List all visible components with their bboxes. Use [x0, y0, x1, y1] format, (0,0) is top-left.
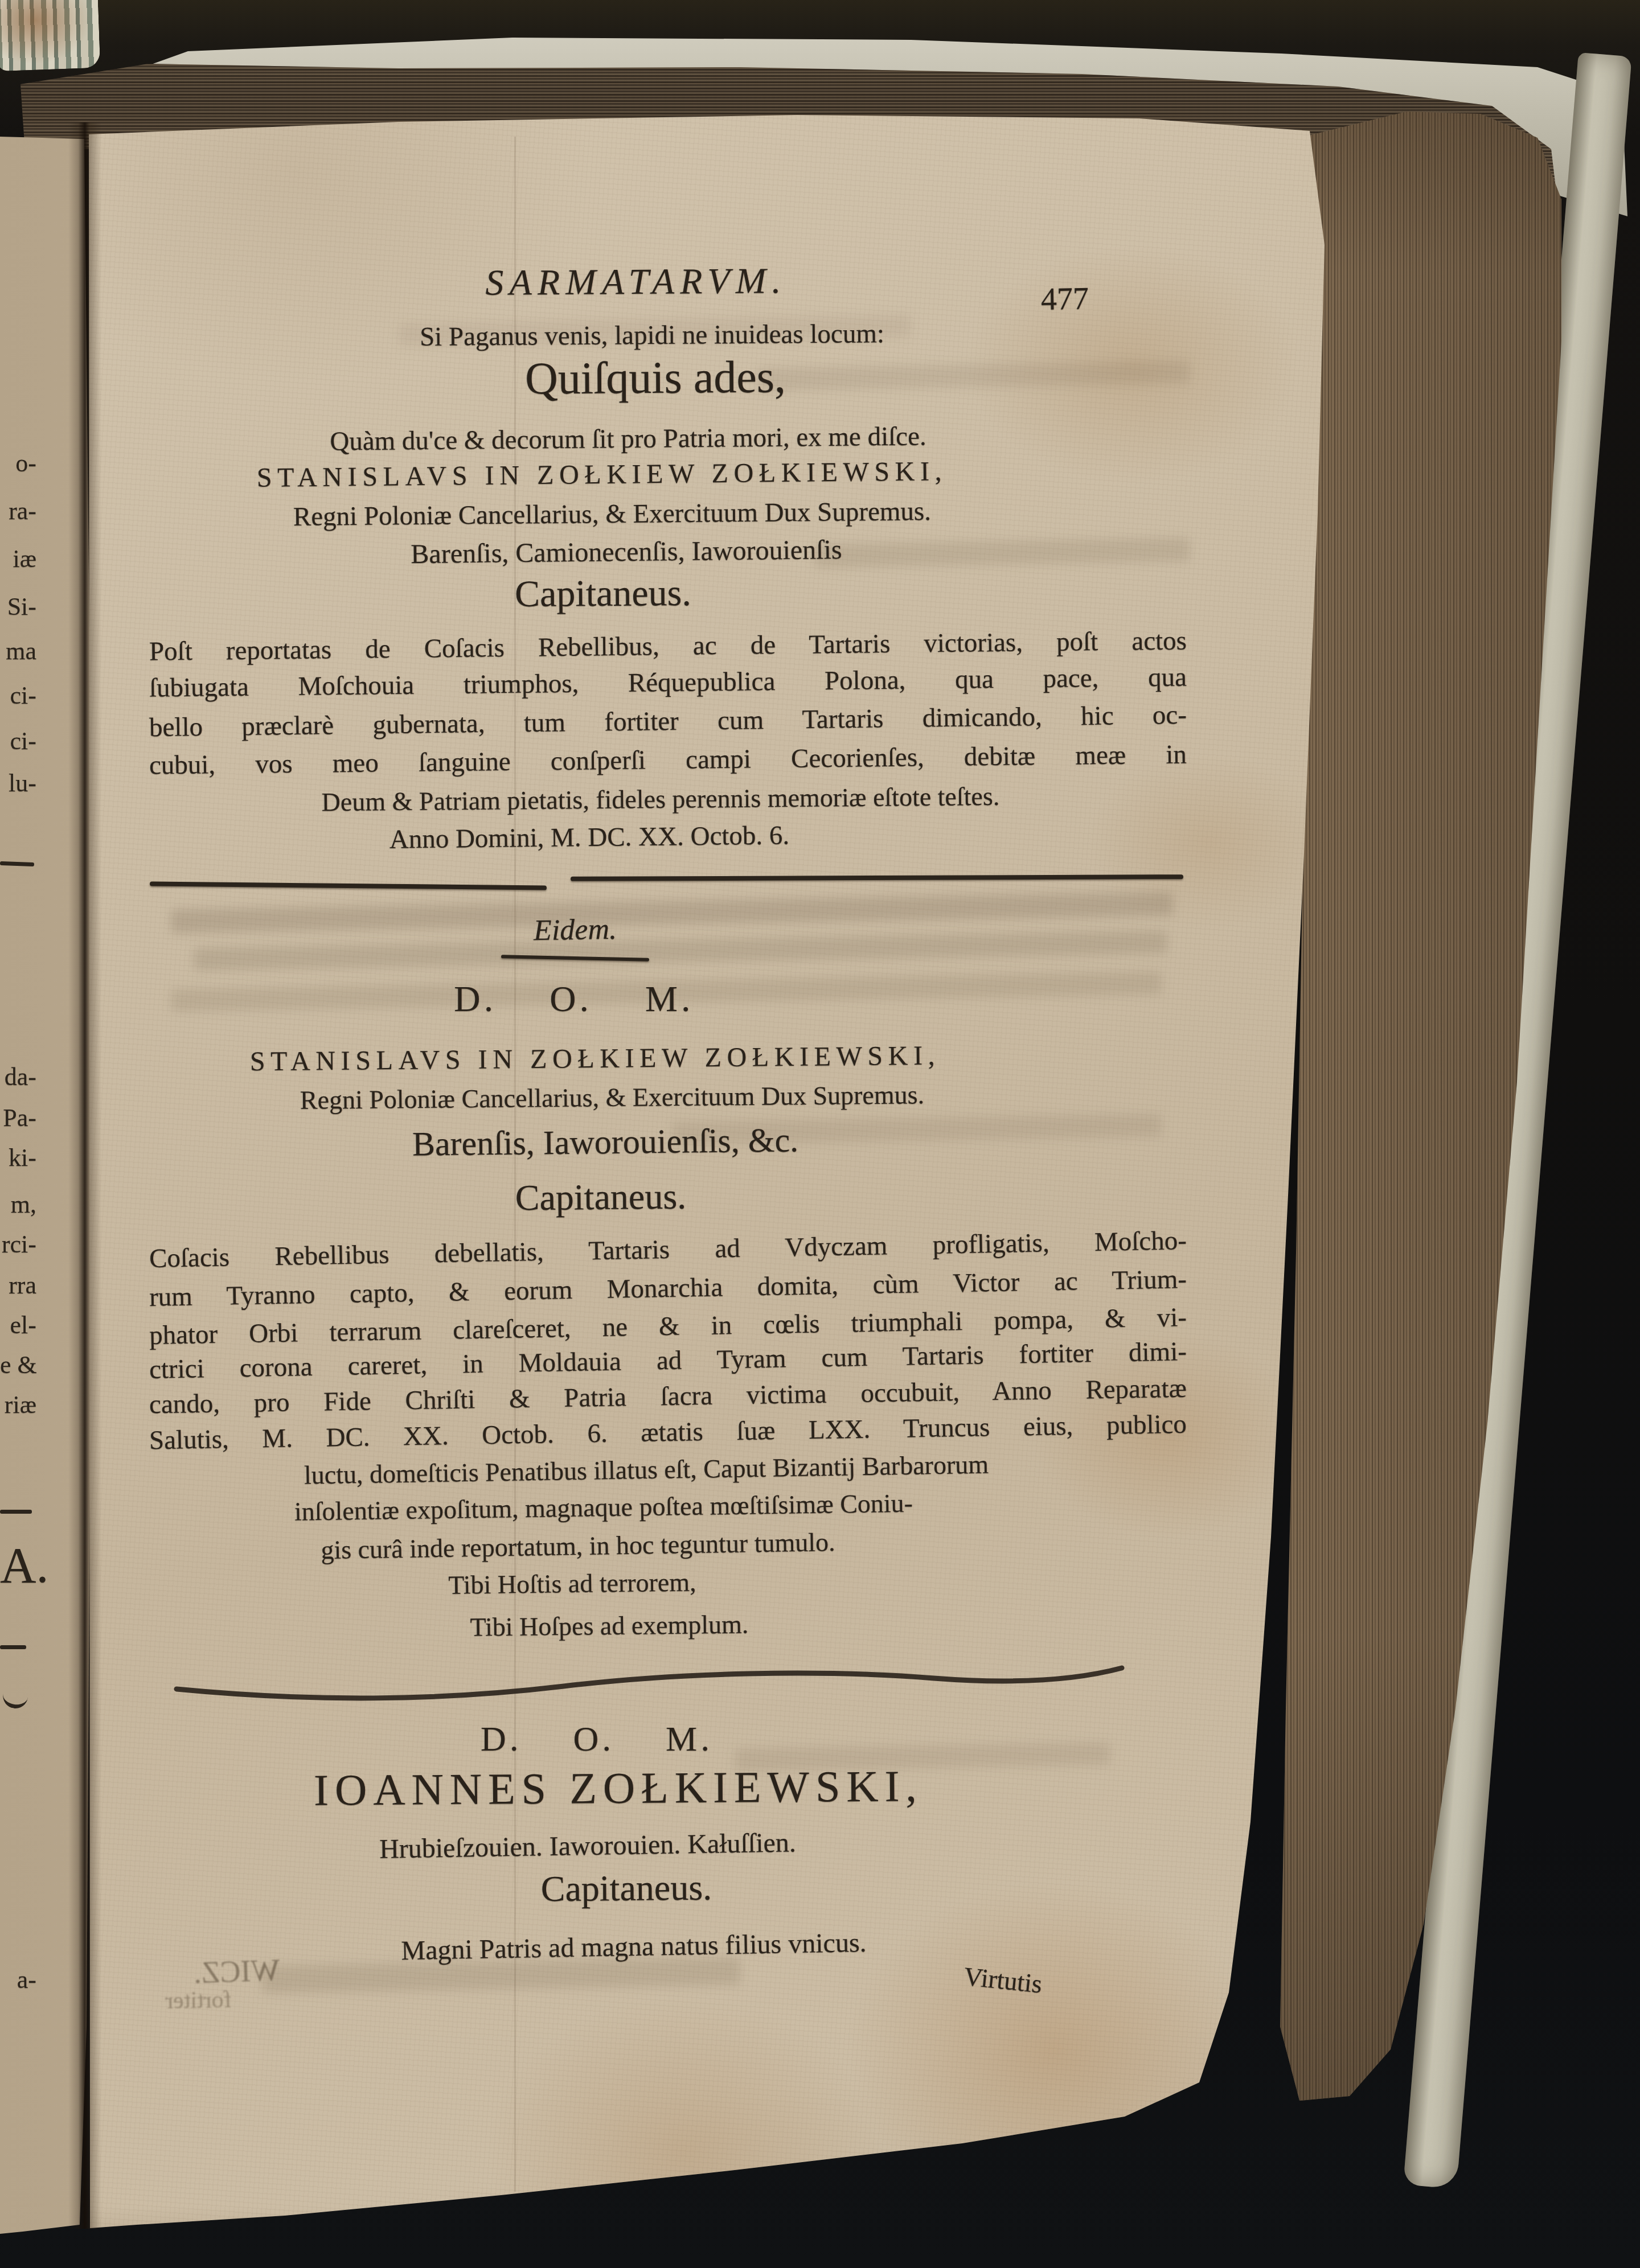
epitaph1-line: Deum & Patriam pietatis, fideles perenni… [142, 780, 1179, 819]
epitaph1-line: ſubiugata Moſchouia triumphos, Réquepubl… [149, 661, 1187, 703]
epitaph1-line: Regni Poloniæ Cancellarius, & Exercituum… [94, 494, 1130, 534]
epitaph2-name: STANISLAVS IN ZOŁKIEW ZOŁKIEWSKI, [77, 1038, 1113, 1079]
running-title: SARMATARVM. [118, 257, 1154, 306]
epitaph2-dom: D. O. M. [56, 978, 1092, 1020]
epitaph3-dom: D. O. M. [79, 1719, 1115, 1760]
wavy-rule [165, 1646, 1133, 1709]
epitaph1-line: bello præclarè gubernata, tum fortiter c… [149, 700, 1187, 743]
epitaph1-line: cubui, vos meo ſanguine conſperſi campi … [149, 739, 1187, 780]
epitaph2-line: Regni Poloniæ Cancellarius, & Exercituum… [94, 1078, 1130, 1117]
epitaph2-line: luctu, domeſticis Penatibus illatus eſt,… [128, 1447, 1165, 1493]
epitaph1-line: Quiſquis ades, [137, 348, 1174, 408]
epitaph2-line: gis curâ inde reportatum, in hoc teguntu… [60, 1523, 1097, 1569]
epitaph2-line: inſolentiæ expoſitum, magnaque poſtea mœ… [85, 1485, 1122, 1530]
epitaph1-line: Poſt reportatas de Coſacis Rebellibus, a… [149, 625, 1187, 667]
section-rule [150, 881, 547, 890]
section-rule [571, 874, 1183, 881]
photo-backdrop: WICZ. fortiter o- ra- iæ Si- ma ci- ci- … [0, 0, 1640, 2268]
epitaph3-line: Magni Patris ad magna natus filius vnicu… [116, 1922, 1153, 1971]
page-number: 477 [1040, 279, 1166, 318]
epitaph1-line: Anno Domini, M. DC. XX. Octob. 6. [71, 816, 1108, 858]
epitaph2-line: Tibi Hoſpes ad exemplum. [91, 1605, 1127, 1646]
epitaph1-line: Si Paganus venis, lapidi ne inuideas loc… [134, 317, 1170, 355]
catchword: Virtutis [962, 1962, 1124, 2008]
epitaph3-name: IOANNES ZOŁKIEWSKI, [100, 1759, 1137, 1817]
epitaph2-line: Barenſis, Iaworouienſis, &c. [87, 1117, 1124, 1167]
epitaph3-line: Hrubieſzouien. Iaworouien. Kałuſſien. [69, 1822, 1106, 1870]
epitaph1-line: Barenſis, Camionecenſis, Iaworouienſis [108, 531, 1145, 573]
text-layer: SARMATARVM. 477 Si Paganus venis, lapidi… [0, 0, 1640, 2268]
epitaph1-line: Capitaneus. [85, 569, 1121, 619]
epitaph3-line: Capitaneus. [108, 1863, 1145, 1913]
epitaph1-name: STANISLAVS IN ZOŁKIEW ZOŁKIEWSKI, [84, 454, 1120, 495]
epitaph2-line: Tibi Hoſtis ad terrorem, [54, 1563, 1091, 1605]
epitaph2-line: Capitaneus. [83, 1172, 1120, 1222]
eidem-label: Eidem. [57, 904, 1094, 956]
eidem-underline [501, 955, 649, 961]
epitaph1-line: Quàm du'ce & decorum ſit pro Patria mori… [110, 419, 1146, 459]
